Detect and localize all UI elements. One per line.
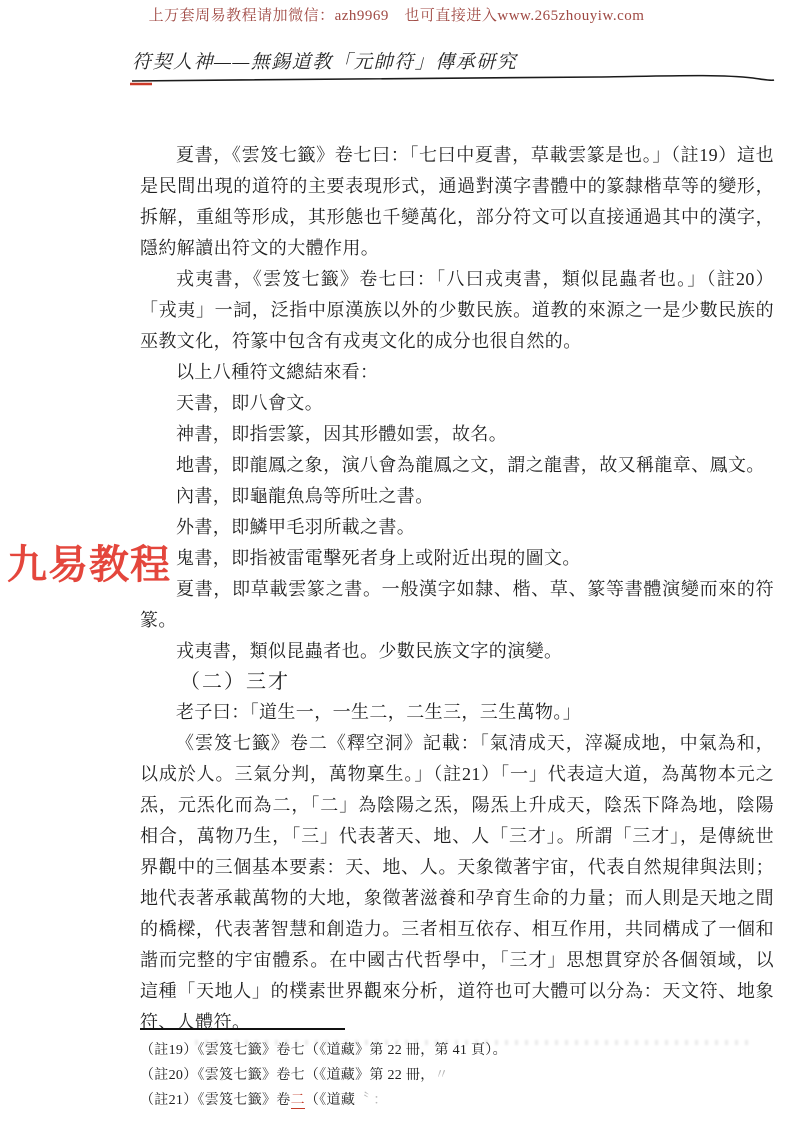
footnote-20-text: （註20）《雲笈七籤》卷七（《道藏》第 22 冊，	[140, 1068, 435, 1083]
body-paragraph: 《雲笈七籤》卷二《釋空洞》記載：「氣清成天，滓凝成地，中氣為和，以成於人。三氣分…	[140, 728, 774, 1038]
list-item-line: 夏書，即草載雲篆之書。一般漢字如隸、楷、草、篆等書體演變而來的符篆。	[140, 574, 774, 636]
body-text-block: 夏書，《雲笈七籤》卷七曰：「七曰中夏書，草載雲篆是也。」（註19）這也是民間出現…	[140, 140, 774, 1038]
body-paragraph: 戎夷書，《雲笈七籤》卷七曰：「八曰戎夷書，類似昆蟲者也。」（註20）「戎夷」一詞…	[140, 264, 774, 357]
list-item-line: 天書，即八會文。	[140, 388, 774, 419]
list-intro-line: 以上八種符文總結來看：	[140, 357, 774, 388]
footnote-19-text: （註19）《雲笈七籤》卷七（《道藏》第 22 冊，第 41 頁）。	[140, 1043, 507, 1058]
body-paragraph: 夏書，《雲笈七籤》卷七曰：「七曰中夏書，草載雲篆是也。」（註19）這也是民間出現…	[140, 140, 774, 264]
section-heading: （二）三才	[140, 667, 774, 697]
footnote-separator-rule	[140, 1028, 345, 1030]
list-item-line: 神書，即指雲篆，因其形體如雲，故名。	[140, 419, 774, 450]
footnote-20: （註20）《雲笈七籤》卷七（《道藏》第 22 冊，〃	[140, 1063, 774, 1088]
list-item-line: 鬼書，即指被雷電擊死者身上或附近出現的圖文。	[140, 543, 774, 574]
list-item-line: 外書，即鱗甲毛羽所載之書。	[140, 512, 774, 543]
body-paragraph: 老子曰：「道生一，一生二，二生三，三生萬物。」	[140, 697, 774, 728]
footnote-21-text-prefix: （註21）《雲笈七籤》卷	[140, 1093, 291, 1108]
footnotes-block: （註19）《雲笈七籤》卷七（《道藏》第 22 冊，第 41 頁）。 （註20）《…	[140, 1028, 774, 1113]
list-item-line: 地書，即龍鳳之象，演八會為龍鳳之文，謂之龍書，故又稱龍章、鳳文。	[140, 450, 774, 481]
footnote-21-text-suffix: （《道藏	[305, 1093, 355, 1108]
list-item-line: 內書，即龜龍魚鳥等所吐之書。	[140, 481, 774, 512]
header-underline-rule	[128, 72, 776, 88]
list-item-line: 戎夷書，類似昆蟲者也。少數民族文字的演變。	[140, 636, 774, 667]
scanned-book-page: 上万套周易教程请加微信：azh9969 也可直接进入www.265zhouyiw…	[0, 0, 793, 1121]
footnote-21-smudge: 〝 ：	[355, 1093, 387, 1108]
promo-banner-text: 上万套周易教程请加微信：azh9969 也可直接进入www.265zhouyiw…	[0, 4, 793, 25]
footnote-21-red-char: 二	[291, 1093, 305, 1109]
running-header-title: 符契人神——無錫道教「元帥符」傳承研究	[132, 47, 752, 74]
footnote-21: （註21）《雲笈七籤》卷二（《道藏〝 ：	[140, 1088, 774, 1113]
scan-artifact-smudge	[195, 1040, 755, 1045]
footnote-20-smudge: 〃	[435, 1068, 449, 1083]
